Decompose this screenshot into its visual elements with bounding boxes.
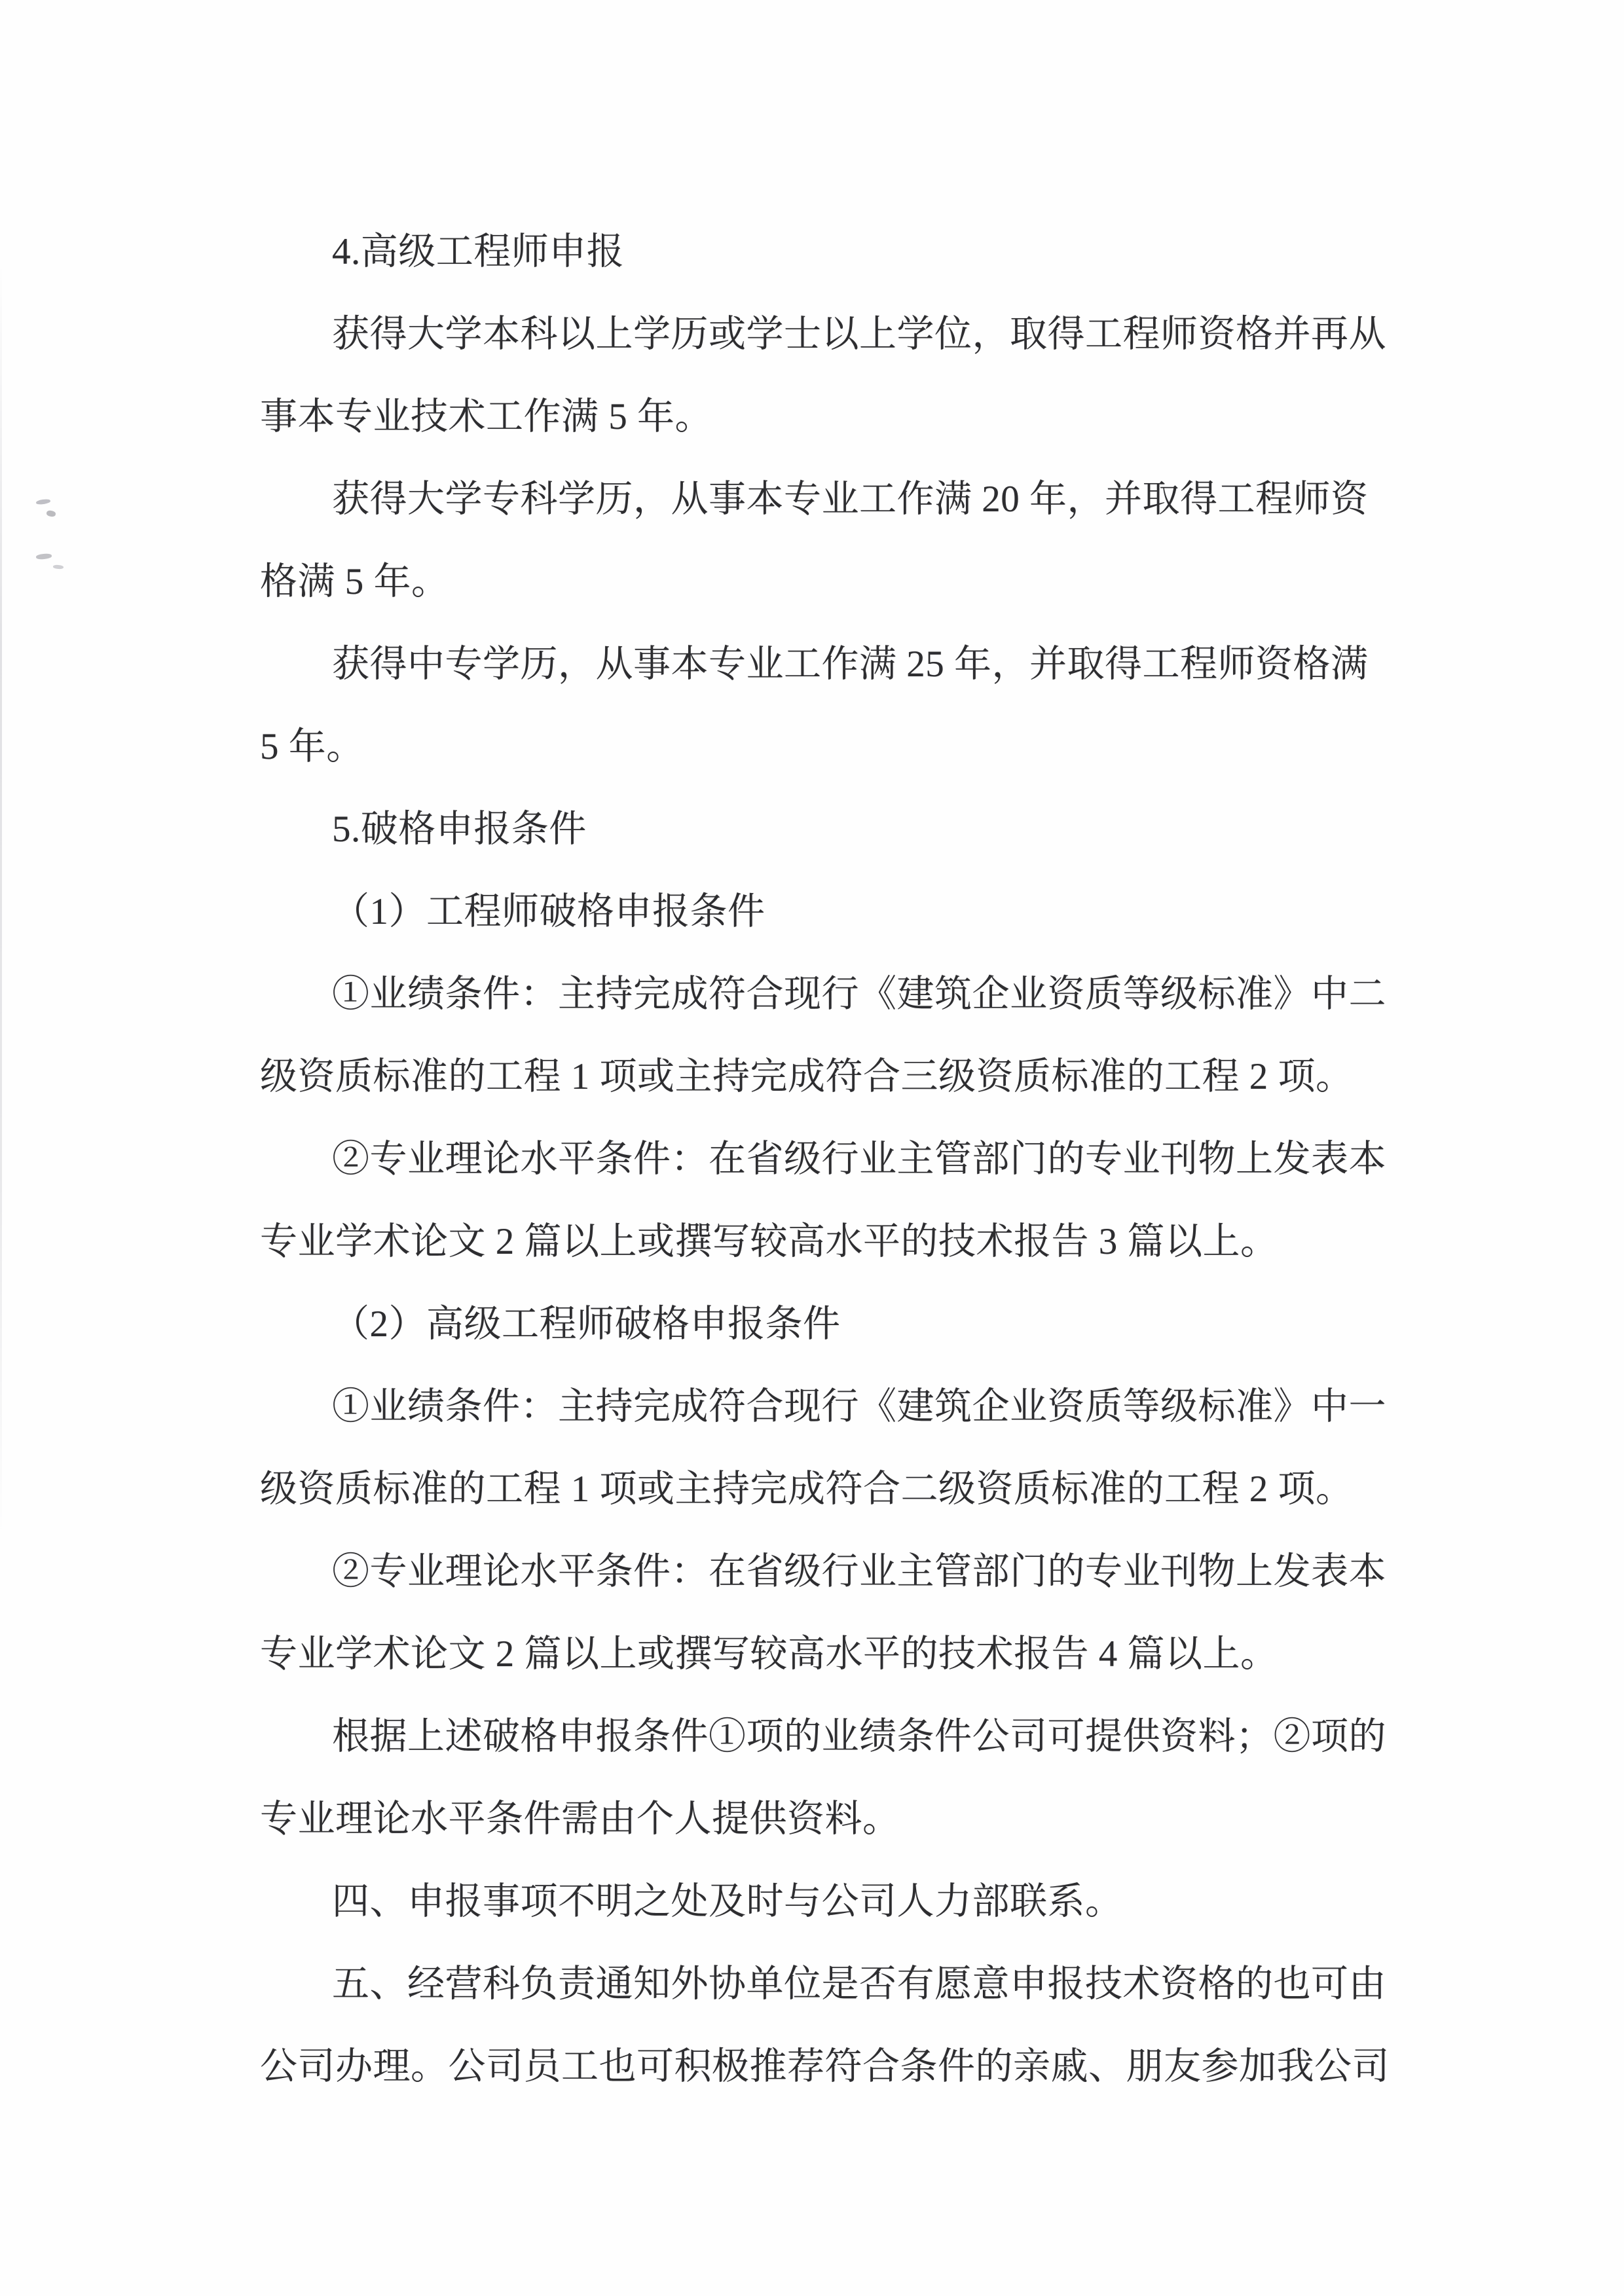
paragraph-senior-exception-heading: （2）高级工程师破格申报条件: [260, 1283, 1435, 1366]
paragraph-senior-theory: ②专业理论水平条件：在省级行业主管部门的专业刊物上发表本 专业学术论文 2 篇以…: [260, 1531, 1435, 1696]
scan-speck: [46, 510, 56, 517]
scan-speck: [36, 553, 52, 560]
paragraph-engineer-exception-heading: （1）工程师破格申报条件: [260, 871, 1435, 953]
document-page: 4.高级工程师申报 获得大学本科以上学历或学士以上学位，取得工程师资格并再从 事…: [0, 0, 1624, 2296]
paragraph-secondary-requirement: 获得中专学历，从事本专业工作满 25 年，并取得工程师资格满 5 年。: [260, 623, 1435, 788]
scan-edge-artifact: [0, 262, 2, 1539]
paragraph-senior-performance: ①业绩条件：主持完成符合现行《建筑企业资质等级标准》中一 级资质标准的工程 1 …: [260, 1366, 1435, 1531]
paragraph-bachelor-requirement: 获得大学本科以上学历或学士以上学位，取得工程师资格并再从 事本专业技术工作满 5…: [260, 293, 1435, 458]
paragraph-external-units: 五、经营科负责通知外协单位是否有愿意申报技术资格的也可由 公司办理。公司员工也可…: [260, 1943, 1435, 2108]
paragraph-heading-senior-engineer: 4.高级工程师申报: [260, 211, 1435, 293]
paragraph-engineer-performance: ①业绩条件：主持完成符合现行《建筑企业资质等级标准》中二 级资质标准的工程 1 …: [260, 953, 1435, 1118]
paragraph-college-requirement: 获得大学专科学历，从事本专业工作满 20 年，并取得工程师资 格满 5 年。: [260, 458, 1435, 623]
paragraph-materials-note: 根据上述破格申报条件①项的业绩条件公司可提供资料；②项的 专业理论水平条件需由个…: [260, 1696, 1435, 1861]
paragraph-contact-hr: 四、申报事项不明之处及时与公司人力部联系。: [260, 1861, 1435, 1943]
scan-speck: [53, 564, 64, 569]
paragraph-engineer-theory: ②专业理论水平条件：在省级行业主管部门的专业刊物上发表本 专业学术论文 2 篇以…: [260, 1118, 1435, 1283]
text-block: 4.高级工程师申报 获得大学本科以上学历或学士以上学位，取得工程师资格并再从 事…: [260, 211, 1435, 2108]
scan-speck: [36, 499, 51, 505]
paragraph-heading-exception: 5.破格申报条件: [260, 788, 1435, 871]
